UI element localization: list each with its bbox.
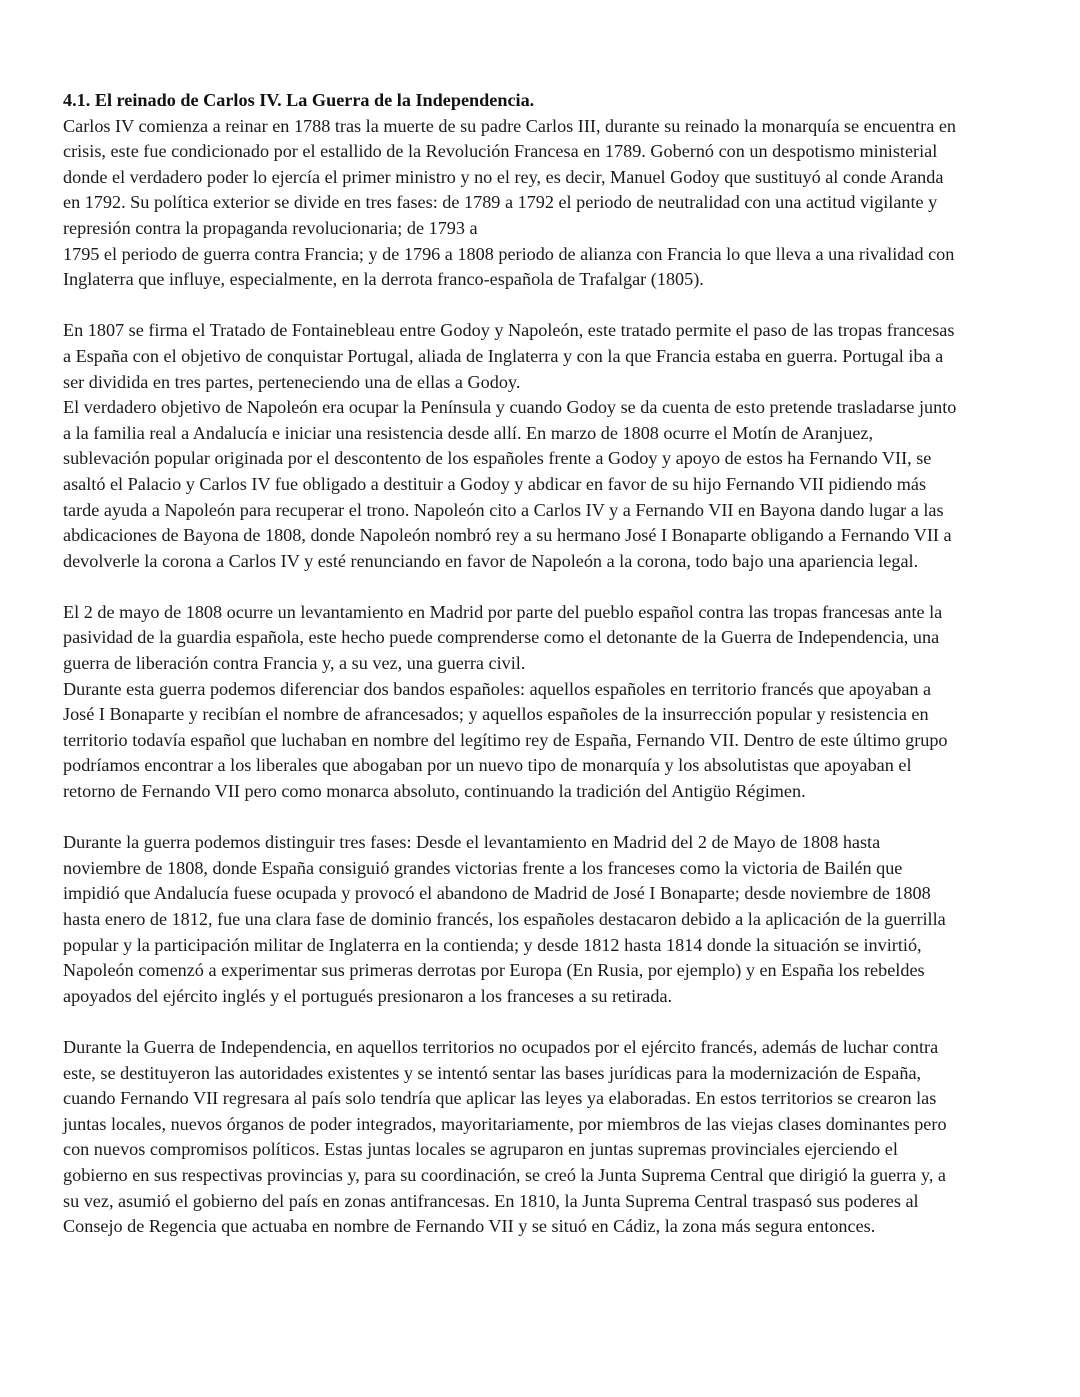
text-line: podríamos encontrar a los liberales que … <box>63 753 1023 779</box>
text-line: con nuevos compromisos políticos. Estas … <box>63 1137 1023 1163</box>
text-line: este, se destituyeron las autoridades ex… <box>63 1061 1023 1087</box>
text-line: Durante la Guerra de Independencia, en a… <box>63 1035 1023 1061</box>
text-line: hasta enero de 1812, fue una clara fase … <box>63 907 1023 933</box>
text-line: Inglaterra que influye, especialmente, e… <box>63 267 1023 293</box>
text-line: sublevación popular originada por el des… <box>63 446 1023 472</box>
text-line: donde el verdadero poder lo ejercía el p… <box>63 165 1023 191</box>
text-line: En 1807 se firma el Tratado de Fontaineb… <box>63 318 1023 344</box>
text-line: su vez, asumió el gobierno del país en z… <box>63 1189 1023 1215</box>
text-line: crisis, este fue condicionado por el est… <box>63 139 1023 165</box>
paragraph-dos-de-mayo: El 2 de mayo de 1808 ocurre un levantami… <box>63 600 1023 805</box>
text-line: abdicaciones de Bayona de 1808, donde Na… <box>63 523 1023 549</box>
text-line: devolverle la corona a Carlos IV y esté … <box>63 549 1023 575</box>
text-line: cuando Fernando VII regresara al país so… <box>63 1086 1023 1112</box>
text-line: 1795 el periodo de guerra contra Francia… <box>63 242 1023 268</box>
text-line: a España con el objetivo de conquistar P… <box>63 344 1023 370</box>
text-line: impidió que Andalucía fuese ocupada y pr… <box>63 881 1023 907</box>
text-line: Durante la guerra podemos distinguir tre… <box>63 830 1023 856</box>
paragraph-juntas: Durante la Guerra de Independencia, en a… <box>63 1035 1023 1240</box>
text-line: El 2 de mayo de 1808 ocurre un levantami… <box>63 600 1023 626</box>
paragraph-fontainebleau: En 1807 se firma el Tratado de Fontaineb… <box>63 318 1023 574</box>
text-line: Consejo de Regencia que actuaba en nombr… <box>63 1214 1023 1240</box>
text-line: territorio todavía español que luchaban … <box>63 728 1023 754</box>
text-line: José I Bonaparte y recibían el nombre de… <box>63 702 1023 728</box>
paragraph-spacer <box>63 574 1023 600</box>
text-line: gobierno en sus respectivas provincias y… <box>63 1163 1023 1189</box>
text-line: represión contra la propaganda revolucio… <box>63 216 1023 242</box>
text-line: apoyados del ejército inglés y el portug… <box>63 984 1023 1010</box>
paragraph-spacer <box>63 805 1023 831</box>
text-line: ser dividida en tres partes, pertenecien… <box>63 370 1023 396</box>
text-line: juntas locales, nuevos órganos de poder … <box>63 1112 1023 1138</box>
text-line: a la familia real a Andalucía e iniciar … <box>63 421 1023 447</box>
paragraph-carlos-iv: Carlos IV comienza a reinar en 1788 tras… <box>63 114 1023 293</box>
text-line: El verdadero objetivo de Napoleón era oc… <box>63 395 1023 421</box>
text-line: Durante esta guerra podemos diferenciar … <box>63 677 1023 703</box>
text-line: retorno de Fernando VII pero como monarc… <box>63 779 1023 805</box>
text-line: Napoleón comenzó a experimentar sus prim… <box>63 958 1023 984</box>
text-line: popular y la participación militar de In… <box>63 933 1023 959</box>
paragraph-spacer <box>63 1009 1023 1035</box>
text-line: asaltó el Palacio y Carlos IV fue obliga… <box>63 472 1023 498</box>
text-line: Carlos IV comienza a reinar en 1788 tras… <box>63 114 1023 140</box>
text-line: tarde ayuda a Napoleón para recuperar el… <box>63 498 1023 524</box>
paragraph-fases-guerra: Durante la guerra podemos distinguir tre… <box>63 830 1023 1009</box>
text-line: guerra de liberación contra Francia y, a… <box>63 651 1023 677</box>
text-line: pasividad de la guardia española, este h… <box>63 625 1023 651</box>
text-line: noviembre de 1808, donde España consigui… <box>63 856 1023 882</box>
document-page: 4.1. El reinado de Carlos IV. La Guerra … <box>63 88 1023 1240</box>
text-line: en 1792. Su política exterior se divide … <box>63 190 1023 216</box>
paragraph-spacer <box>63 293 1023 319</box>
section-title: 4.1. El reinado de Carlos IV. La Guerra … <box>63 88 1023 114</box>
